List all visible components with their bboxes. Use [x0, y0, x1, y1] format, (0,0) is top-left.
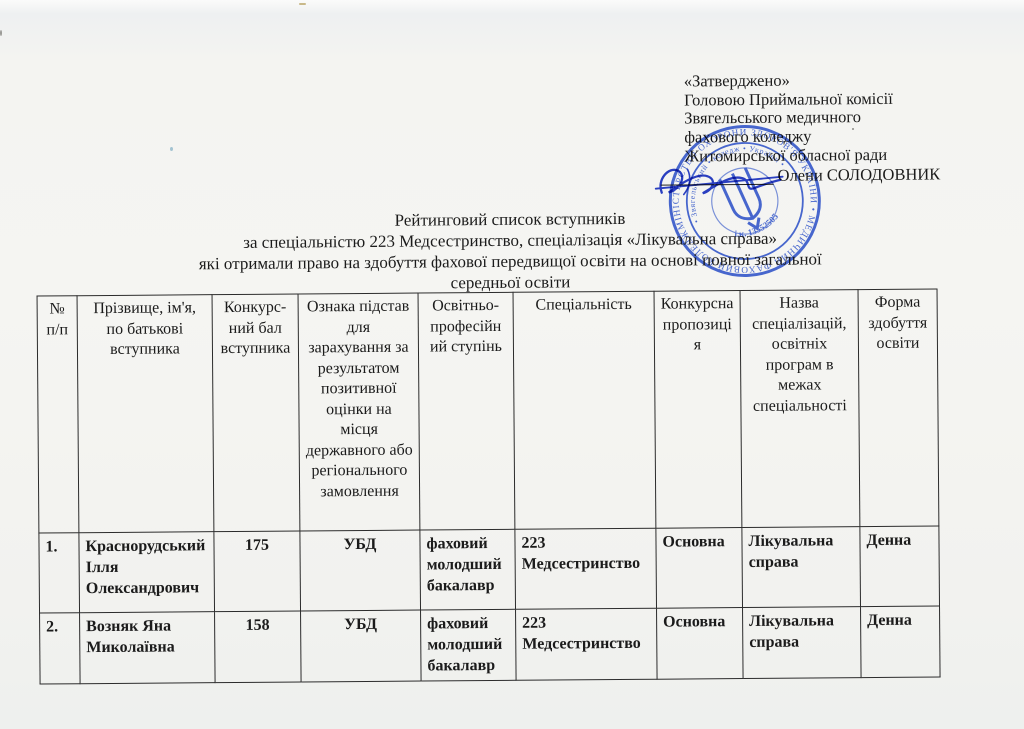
- table-cell: Основна: [656, 528, 743, 609]
- table-cell: 1.: [39, 533, 80, 613]
- table-row: 2.Возняк Яна Миколаївна158УБДфаховий мол…: [40, 606, 941, 684]
- table-body: 1.Краснорудський Ілля Олександрович175УБ…: [39, 526, 940, 684]
- table-cell: УБД: [300, 530, 421, 611]
- table-cell: 158: [215, 611, 302, 683]
- table-cell: 223 Медсестринство: [515, 528, 657, 609]
- scan-artifact: [170, 147, 173, 151]
- scan-artifact: [852, 128, 854, 130]
- table-cell: Основна: [657, 608, 744, 680]
- table-cell: фаховий молодший бакалавр: [420, 529, 516, 610]
- column-header: Конкурс-ний бал вступника: [212, 294, 300, 532]
- scan-content: «Затверджено» Головою Приймальної комісі…: [0, 0, 1024, 729]
- table-cell: 175: [214, 531, 301, 612]
- scan-artifact: [0, 30, 2, 36]
- table-cell: Денна: [860, 526, 940, 607]
- table-cell: Краснорудський Ілля Олександрович: [79, 532, 215, 613]
- column-header: Освітньо-професійн ий ступінь: [418, 292, 515, 530]
- column-header: Назва спеціалізацій, освітніх програм в …: [740, 290, 860, 528]
- table-cell: фаховий молодший бакалавр: [421, 609, 517, 681]
- column-header: Конкурсна пропозиція: [654, 291, 742, 529]
- scan-artifact: [299, 3, 306, 5]
- table-row: 1.Краснорудський Ілля Олександрович175УБ…: [39, 526, 940, 613]
- table-cell: 2.: [40, 613, 81, 684]
- column-header: Прізвище, ім'я, по батькові вступника: [77, 295, 214, 533]
- document-title: Рейтинговий список вступників за спеціал…: [0, 205, 1023, 297]
- table-cell: Возняк Яна Миколаївна: [80, 612, 216, 684]
- table-cell: 223 Медсестринство: [516, 608, 658, 680]
- table-header-row: № п/пПрізвище, ім'я, по батькові вступни…: [37, 289, 939, 533]
- column-header: Форма здобуття освіти: [858, 289, 939, 527]
- table-cell: Лікувальна справа: [743, 607, 862, 679]
- column-header: № п/п: [37, 296, 79, 533]
- scanned-document-page: { "approval": { "lines": [ "«Затверджено…: [0, 0, 1024, 729]
- table-cell: УБД: [301, 610, 422, 682]
- table-cell: Лікувальна справа: [742, 527, 861, 608]
- column-header: Ознака підстав для зарахування за резуль…: [298, 293, 420, 531]
- column-header: Спеціальність: [513, 291, 656, 529]
- applicants-rating-table: № п/пПрізвище, ім'я, по батькові вступни…: [37, 288, 941, 684]
- table-cell: Денна: [861, 606, 941, 678]
- signature-icon: [654, 161, 786, 204]
